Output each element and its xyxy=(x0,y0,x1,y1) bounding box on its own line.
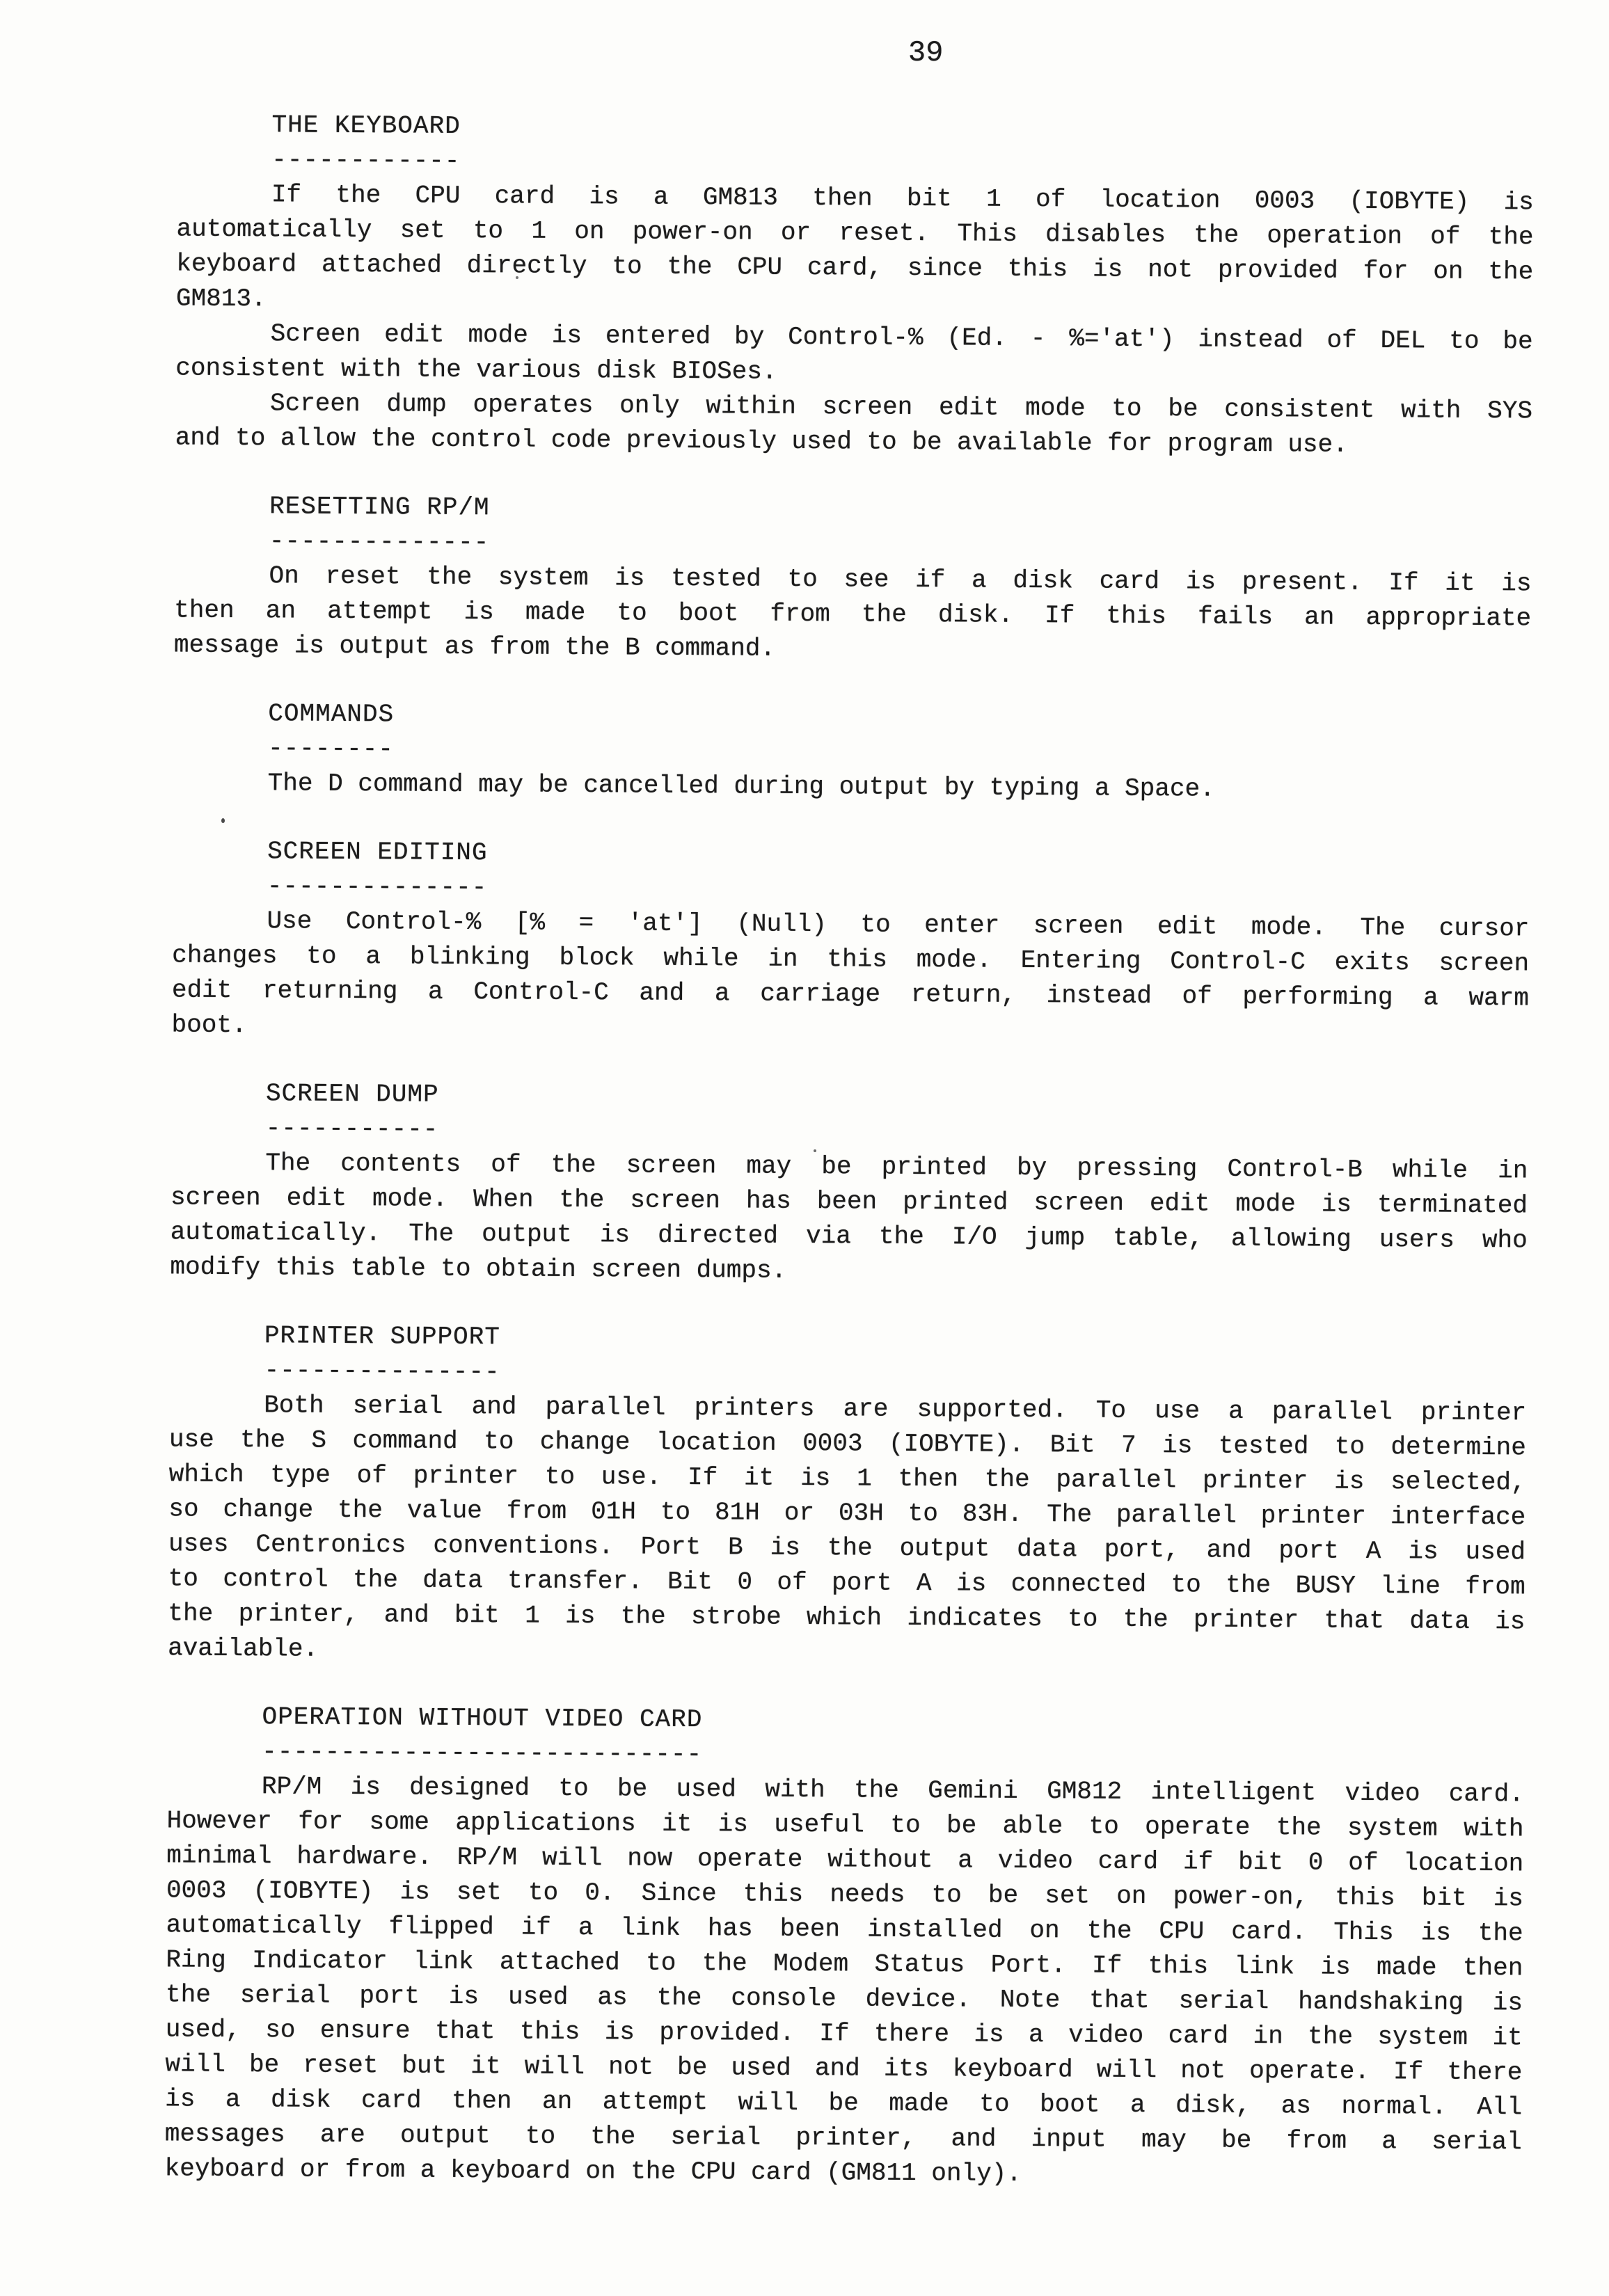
text-line: and to allow the control code previously… xyxy=(175,420,1532,463)
page-number: 39 xyxy=(247,31,1604,74)
scan-speck xyxy=(516,276,518,279)
scan-speck xyxy=(221,818,225,823)
section-printer-support: PRINTER SUPPORT --------------- Both ser… xyxy=(168,1318,1527,1674)
paragraph: The contents of the screen may be printe… xyxy=(170,1145,1528,1293)
paragraph: On reset the system is tested to see if … xyxy=(174,558,1532,671)
section-screen-editing: SCREEN EDITING -------------- Use Contro… xyxy=(171,834,1530,1051)
section-screen-dump: SCREEN DUMP ----------- The contents of … xyxy=(170,1076,1528,1293)
text-line: The D command may be cancelled during ou… xyxy=(173,765,1530,808)
page-content: 39 THE KEYBOARD ------------ If the CPU … xyxy=(0,0,1609,2195)
section-operation-without-video-card: OPERATION WITHOUT VIDEO CARD -----------… xyxy=(164,1699,1524,2194)
scanned-manual-page: 39 THE KEYBOARD ------------ If the CPU … xyxy=(0,0,1609,2296)
paragraph: The D command may be cancelled during ou… xyxy=(173,765,1530,808)
scan-speck xyxy=(814,1149,816,1152)
paragraph: RP/M is designed to be used with the Gem… xyxy=(164,1769,1524,2194)
paragraph: Both serial and parallel printers are su… xyxy=(168,1387,1526,1674)
paragraph: Screen edit mode is entered by Control-%… xyxy=(175,316,1533,394)
section-resetting-rpm: RESETTING RP/M -------------- On reset t… xyxy=(174,488,1532,671)
paragraph: If the CPU card is a GM813 then bit 1 of… xyxy=(176,177,1534,324)
paragraph: Screen dump operates only within screen … xyxy=(175,385,1533,463)
section-the-keyboard: THE KEYBOARD ------------ If the CPU car… xyxy=(175,107,1535,463)
section-commands: COMMANDS -------- The D command may be c… xyxy=(173,696,1531,808)
paragraph: Use Control-% [% = 'at'] (Null) to enter… xyxy=(171,903,1529,1051)
